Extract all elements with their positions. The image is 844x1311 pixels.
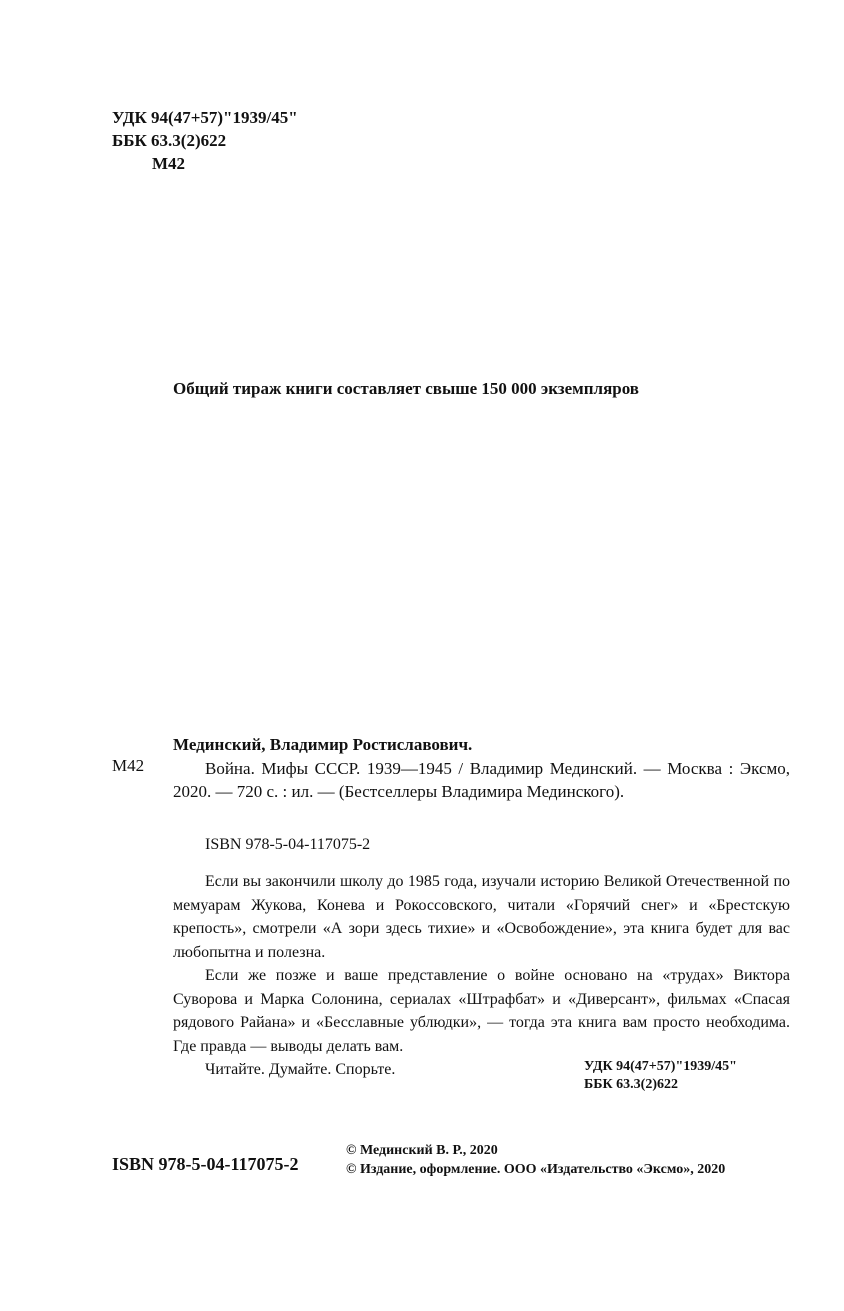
bbk-code: ББК 63.3(2)622	[584, 1076, 737, 1094]
bibliographic-record: Мединский, Владимир Ростиславович. Война…	[173, 733, 790, 804]
print-run-note: Общий тираж книги составляет свыше 150 0…	[173, 379, 639, 399]
annotation-paragraph: Если вы закончили школу до 1985 года, из…	[173, 870, 790, 964]
author-mark-side: М42	[112, 756, 144, 776]
copyright-author: © Мединский В. Р., 2020	[346, 1141, 725, 1160]
copyright-publisher: © Издание, оформление. ООО «Издательство…	[346, 1160, 725, 1179]
udk-code: УДК 94(47+57)"1939/45"	[584, 1058, 737, 1076]
annotation: Если вы закончили школу до 1985 года, из…	[173, 870, 790, 1082]
udk-code: УДК 94(47+57)"1939/45"	[112, 106, 298, 129]
classification-bottom: УДК 94(47+57)"1939/45" ББК 63.3(2)622	[584, 1058, 737, 1094]
record-description: Война. Мифы СССР. 1939—1945 / Владимир М…	[173, 757, 790, 804]
author-mark: М42	[112, 152, 298, 175]
copyright-block: © Мединский В. Р., 2020 © Издание, оформ…	[346, 1141, 725, 1179]
record-author: Мединский, Владимир Ростиславович.	[173, 733, 790, 757]
bbk-code: ББК 63.3(2)622	[112, 129, 298, 152]
isbn-record: ISBN 978-5-04-117075-2	[205, 836, 370, 854]
isbn-footer: ISBN 978-5-04-117075-2	[112, 1154, 299, 1175]
annotation-paragraph: Если же позже и ваше представление о вой…	[173, 964, 790, 1058]
classification-top: УДК 94(47+57)"1939/45" ББК 63.3(2)622 М4…	[112, 106, 298, 175]
